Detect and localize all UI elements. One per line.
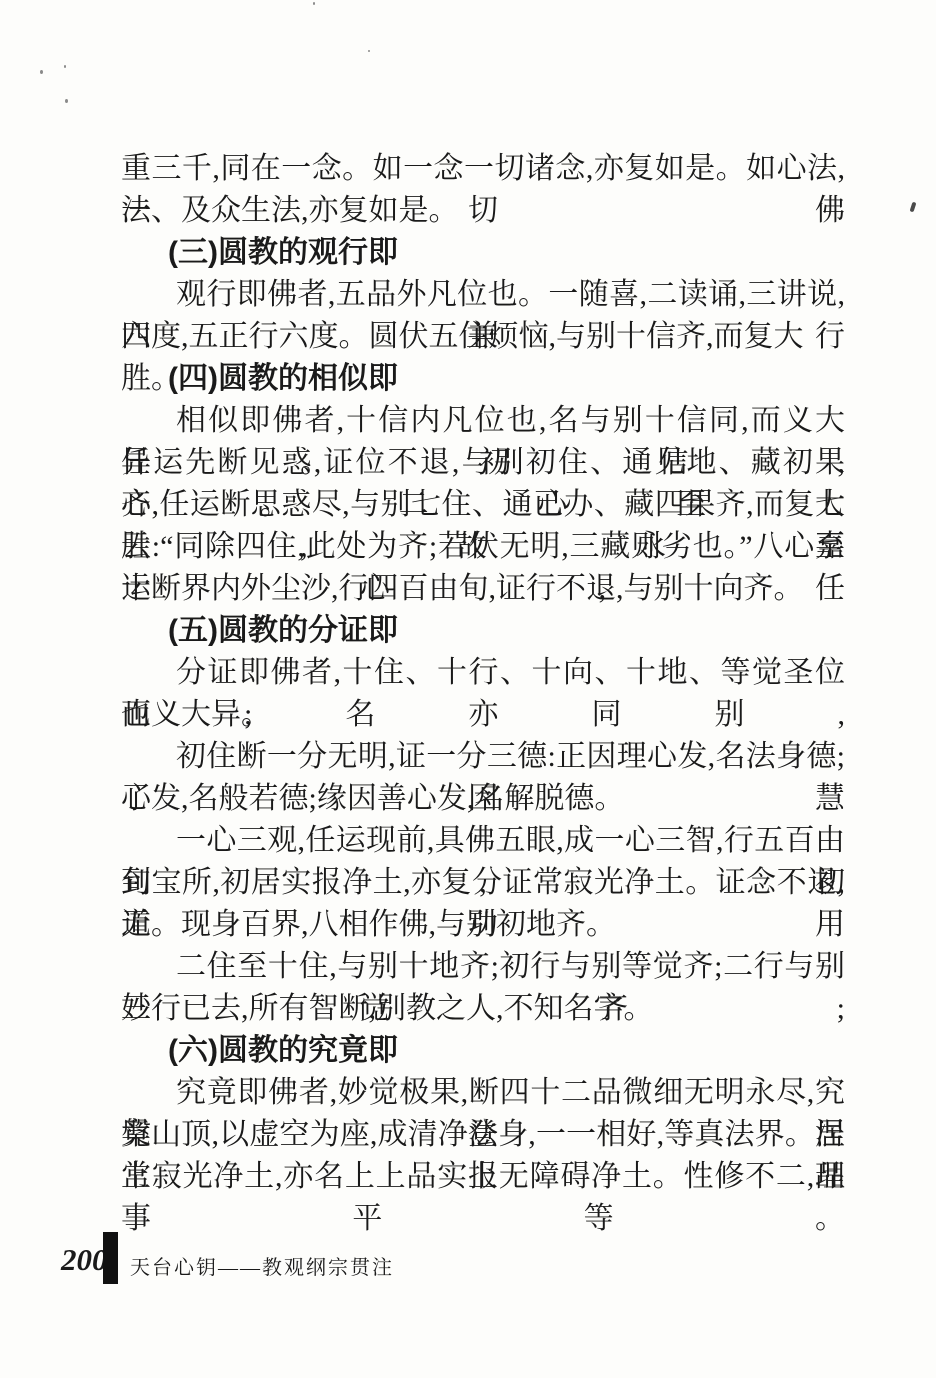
text-line: 相似即佛者,十信内凡位也,名与别十信同,而义大异。初信, [121, 400, 845, 442]
text-line: 究竟即佛者,妙觉极果,断四十二品微细无明永尽,究竟登涅 [121, 1072, 845, 1114]
text-line: 到宝所,初居实报净土,亦复分证常寂光净土。证念不退,无功用 [121, 862, 845, 904]
text-line: 观行即佛者,五品外凡位也。一随喜,二读诵,三讲说,四兼行 [121, 274, 845, 316]
section-heading: (六)圆教的究竟即 [121, 1030, 845, 1072]
scan-speck [40, 70, 43, 74]
text-line: 二住至十住,与别十地齐;初行与别等觉齐;二行与别妙觉齐; [121, 946, 845, 988]
book-page: 重三千,同在一念。如一念一切诸念,亦复如是。如心法,一切佛法、及众生法,亦复如是… [0, 0, 936, 1378]
scan-speck [65, 99, 68, 103]
section-heading: (四)圆教的相似即 [121, 358, 845, 400]
text-line: 运断界内外尘沙,行四百由旬,证行不退,与别十向齐。 [121, 568, 845, 610]
scan-speck [313, 2, 315, 5]
scan-speck [368, 50, 370, 52]
text-line: 一心三观,任运现前,具佛五眼,成一心三智,行五百由旬,初 [121, 820, 845, 862]
text-line: 初住断一分无明,证一分三德:正因理心发,名法身德;了因慧 [121, 736, 845, 778]
text-line: 重三千,同在一念。如一念一切诸念,亦复如是。如心法,一切佛 [121, 148, 845, 190]
footer-divider-bar [103, 1232, 118, 1284]
section-heading: (三)圆教的观行即 [121, 232, 845, 274]
scan-speck [910, 202, 917, 213]
text-line: 六度,五正行六度。圆伏五住烦恼,与别十信齐,而复大胜。 [121, 316, 845, 358]
text-line: 分证即佛者,十住、十行、十向、十地、等觉圣位也;名亦同别, [121, 652, 845, 694]
text-line: 云:“同除四住,此处为齐;若伏无明,三藏则劣也。”八心至十心,任 [121, 526, 845, 568]
page-number: 200 [61, 1242, 108, 1278]
running-book-title: 天台心钥——教观纲宗贯注 [130, 1251, 394, 1280]
page-footer: 200 天台心钥——教观纲宗贯注 [0, 1228, 936, 1300]
text-line: 心,任运断思惑尽,与别七住、通已办、藏四果齐,而复大胜,故永嘉 [121, 484, 845, 526]
section-heading: (五)圆教的分证即 [121, 610, 845, 652]
page-text-block: 重三千,同在一念。如一念一切诸念,亦复如是。如心法,一切佛法、及众生法,亦复如是… [121, 148, 845, 1198]
text-line: 常寂光净土,亦名上上品实报无障碍净土。性修不二,理事平等。 [121, 1156, 845, 1198]
scan-speck [64, 65, 66, 68]
text-line: 槃山顶,以虚空为座,成清净法身,一一相好,等真法界。居上上品 [121, 1114, 845, 1156]
text-line: 任运先断见惑,证位不退,与别初住、通见地、藏初果齐。二心至七 [121, 442, 845, 484]
